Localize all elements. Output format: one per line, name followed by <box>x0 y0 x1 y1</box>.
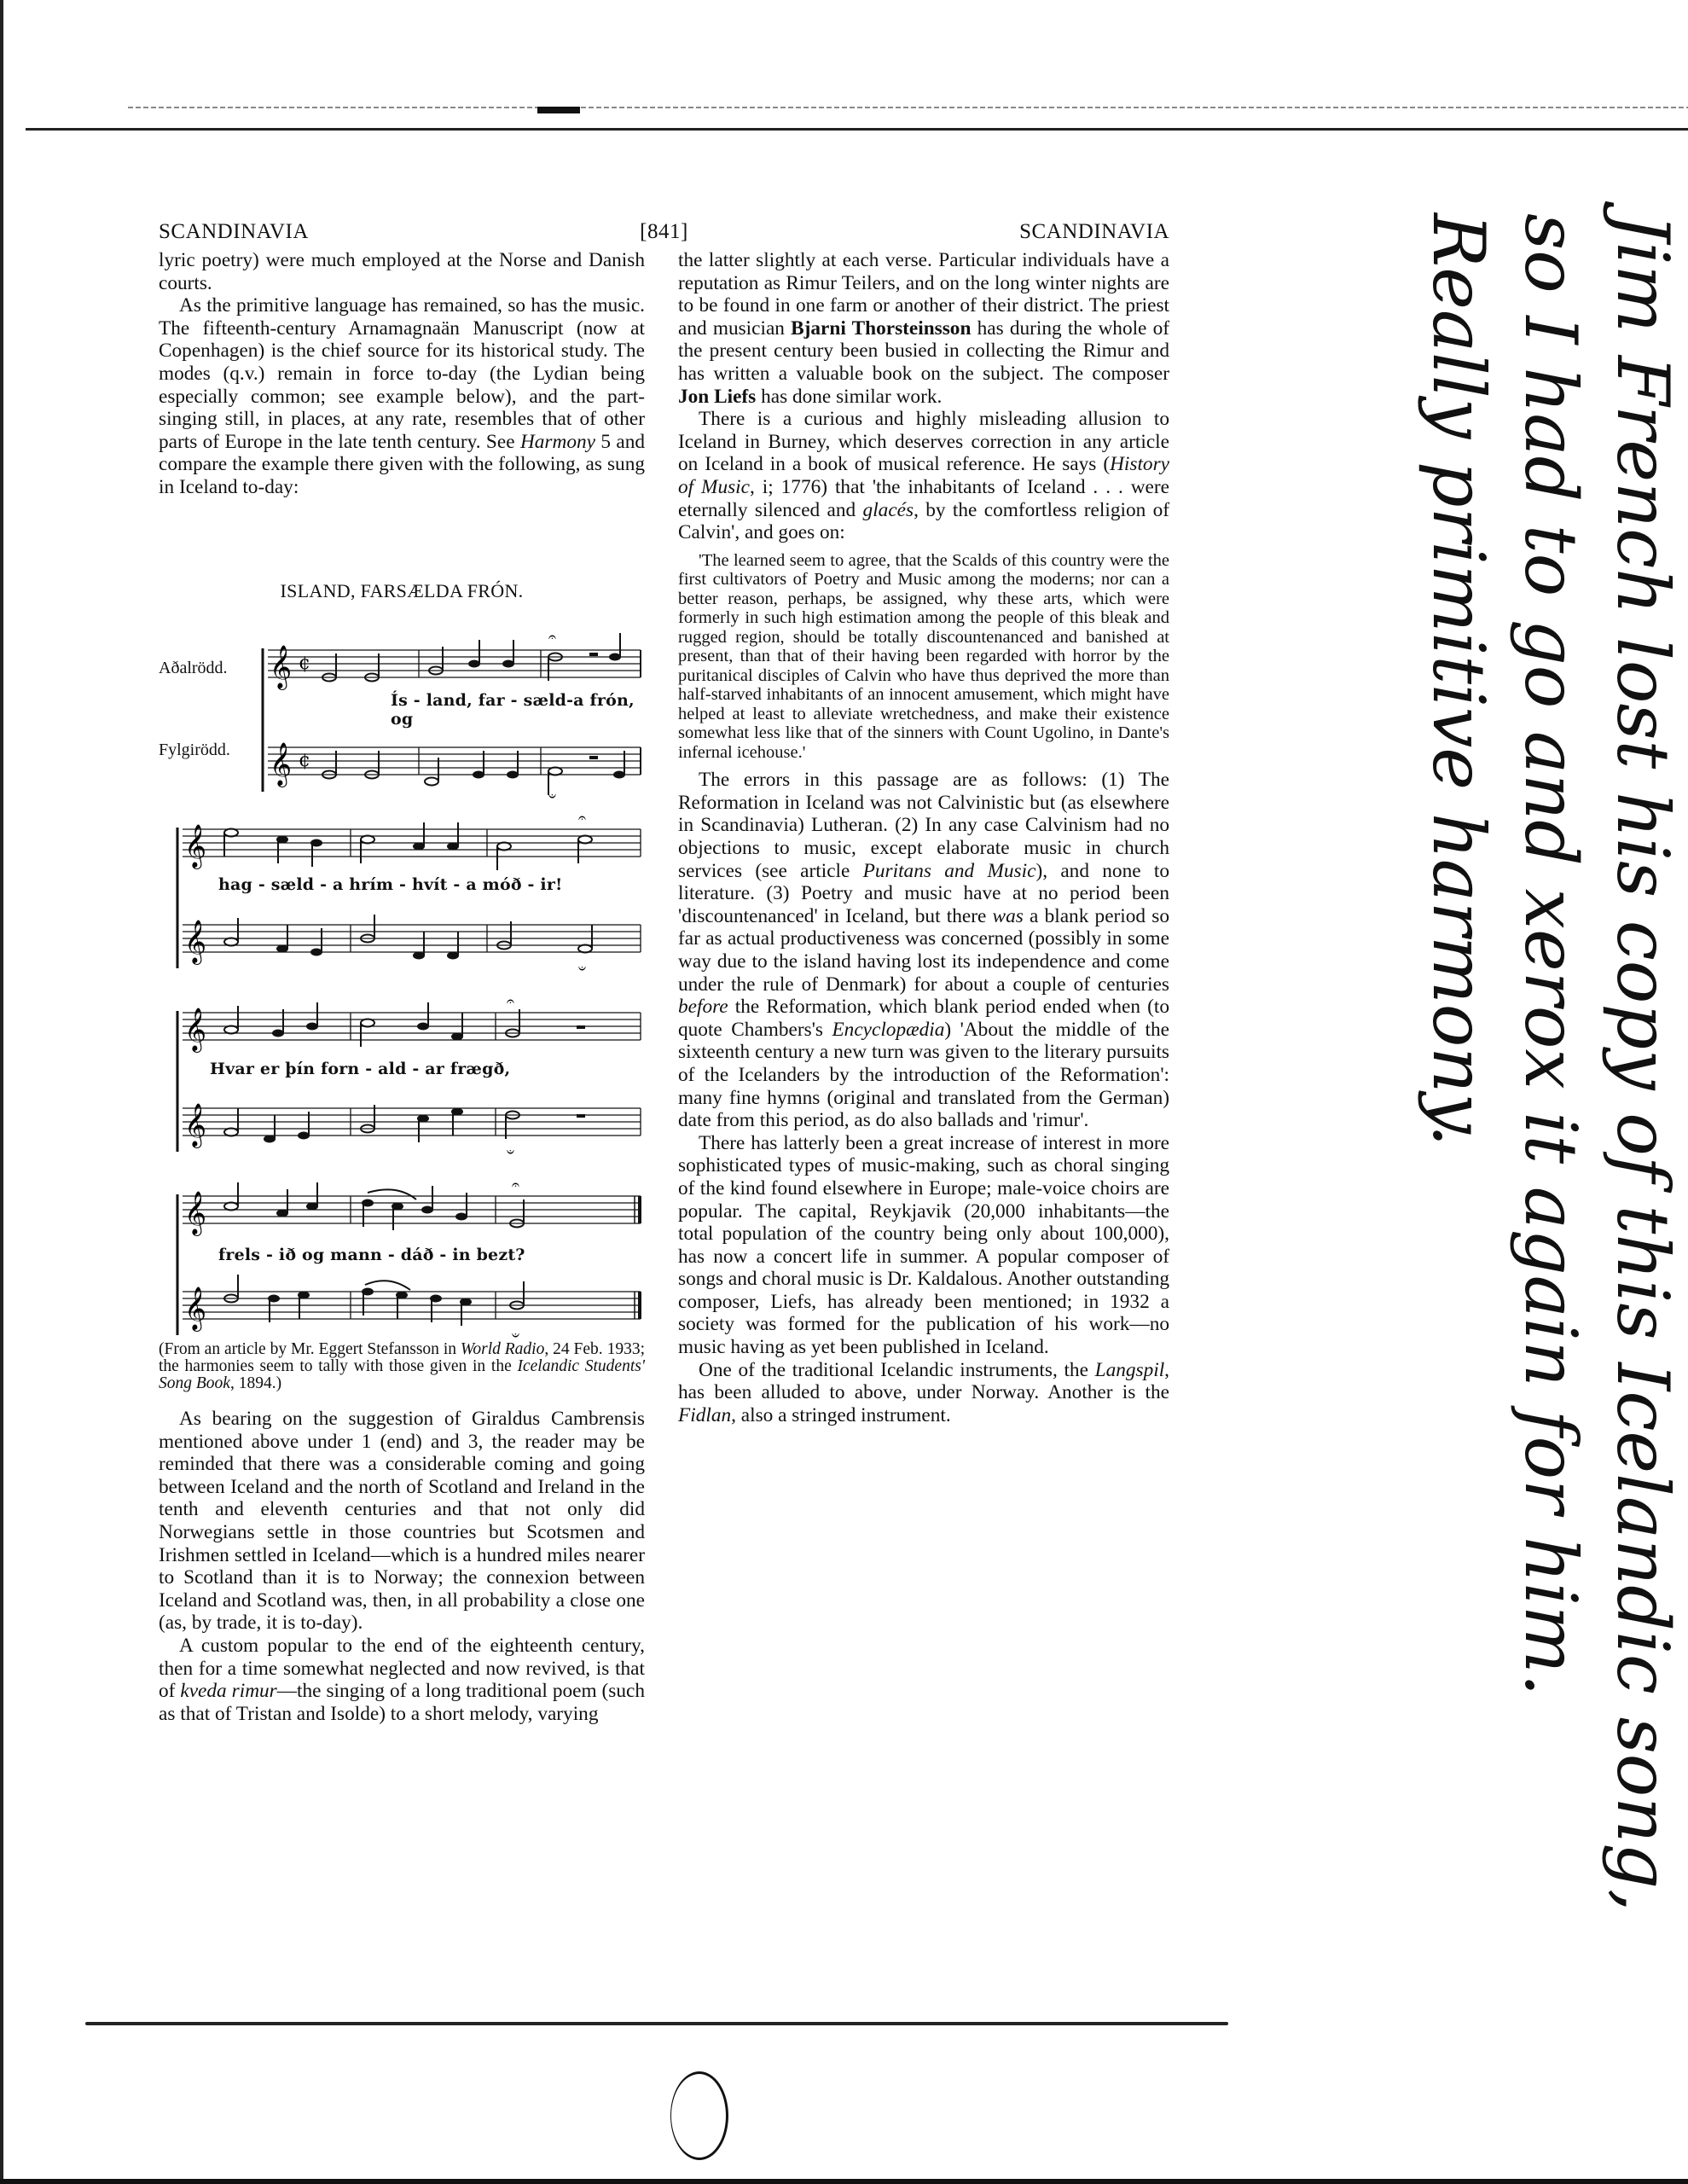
treble-clef-icon: 𝄞 <box>184 824 206 869</box>
treble-clef-icon: 𝄞 <box>270 645 292 690</box>
treble-clef-icon: 𝄞 <box>184 1287 206 1332</box>
left-column-lower: (From an article by Mr. Eggert Stefansso… <box>159 1341 645 1725</box>
page-number: [841] <box>159 220 1169 244</box>
left-column: lyric poetry) were much employed at the … <box>159 249 645 499</box>
scan-bottom-edge <box>0 2179 1688 2184</box>
book-title: Encyclopædia <box>832 1019 944 1041</box>
treble-clef-icon: 𝄞 <box>184 920 206 965</box>
cross-reference: Harmony <box>520 431 595 453</box>
text: lyric poetry) were much employed at the … <box>159 249 645 294</box>
music-system-3: 𝄞 𝄞 𝄐 𝄑 <box>176 994 645 1165</box>
svg-text:¢: ¢ <box>299 653 310 674</box>
handwritten-annotation: Jim French lost his copy of this Iceland… <box>1331 213 1688 1954</box>
paragraph: A custom popular to the end of the eight… <box>159 1635 645 1725</box>
voice-label-lower: Fylgirödd. <box>159 741 230 760</box>
scan-left-edge <box>0 0 3 2184</box>
music-title: ISLAND, FARSÆLDA FRÓN. <box>159 580 645 602</box>
instrument-name: Fidlan <box>678 1404 731 1426</box>
header-right-title: SCANDINAVIA <box>1019 220 1169 244</box>
music-system-2: 𝄞 𝄞 𝄐 𝄑 <box>176 810 645 981</box>
paragraph: There has latterly been a great increase… <box>678 1132 1169 1359</box>
fermata-icon: 𝄐 <box>512 1178 519 1193</box>
lyrics-line-2: hag - sæld - a hrím - hvít - a móð - ir! <box>218 875 563 894</box>
source-title: World Radio <box>461 1340 544 1358</box>
paragraph: There is a curious and highly misleading… <box>678 408 1169 544</box>
treble-clef-icon: 𝄞 <box>184 1008 206 1053</box>
ink-blot <box>537 107 580 113</box>
handwritten-line-3: Really primitive harmony. <box>1412 213 1505 1954</box>
scan-bottom-rule <box>85 2022 1228 2025</box>
fermata-icon: 𝄑 <box>548 789 556 804</box>
music-caption: (From an article by Mr. Eggert Stefansso… <box>159 1341 645 1392</box>
emphasis: was <box>993 905 1024 927</box>
handwritten-line-2: so I had to go and xerox it again for hi… <box>1505 213 1597 1954</box>
text: has done similar work. <box>756 386 942 408</box>
running-header: SCANDINAVIA [841] SCANDINAVIA <box>159 220 1169 249</box>
fermata-icon: 𝄐 <box>548 630 556 645</box>
punch-hole-mark <box>670 2071 728 2160</box>
paragraph: the latter slightly at each verse. Parti… <box>678 249 1169 408</box>
scan-top-rule-faint <box>128 107 1688 108</box>
fermata-icon: 𝄐 <box>578 811 586 826</box>
fermata-icon: 𝄑 <box>507 1145 514 1159</box>
paragraph: One of the traditional Icelandic instrum… <box>678 1359 1169 1427</box>
paragraph: lyric poetry) were much employed at the … <box>159 249 645 294</box>
treble-clef-icon: 𝄞 <box>184 1191 206 1236</box>
text: One of the traditional Icelandic instrum… <box>699 1359 1095 1381</box>
handwritten-line-1: Jim French lost his copy of this Iceland… <box>1597 213 1688 1954</box>
voice-label-upper: Aðalrödd. <box>159 659 228 678</box>
paragraph: As the primitive language has remained, … <box>159 294 645 498</box>
text: (From an article by Mr. Eggert Stefansso… <box>159 1340 461 1358</box>
treble-clef-icon: 𝄞 <box>270 742 292 787</box>
person-name: Bjarni Thorsteinsson <box>791 317 971 340</box>
svg-text:¢: ¢ <box>299 750 310 771</box>
paragraph: The errors in this passage are as follow… <box>678 769 1169 1132</box>
scan-top-rule <box>26 128 1688 131</box>
instrument-name: Langspil <box>1095 1359 1165 1381</box>
paragraph: As bearing on the suggestion of Giraldus… <box>159 1408 645 1635</box>
text: , also a stringed instrument. <box>731 1404 951 1426</box>
lyrics-line-3: Hvar er þín forn - ald - ar frægð, <box>210 1060 510 1078</box>
right-column: the latter slightly at each verse. Parti… <box>678 249 1169 1426</box>
treble-clef-icon: 𝄞 <box>184 1103 206 1148</box>
term: glacés <box>863 499 914 521</box>
fermata-icon: 𝄐 <box>507 995 514 1009</box>
cross-reference: Puritans and Music <box>863 860 1036 882</box>
lyrics-line-4: frels - ið og mann - dáð - in bezt? <box>218 1246 525 1264</box>
block-quote: 'The learned seem to agree, that the Sca… <box>678 551 1169 763</box>
text: , 1894.) <box>230 1374 281 1392</box>
lyrics-line-1: Ís - land, far - sæld-a frón, og <box>391 691 645 729</box>
text: As the primitive language has remained, … <box>159 294 645 453</box>
emphasis: before <box>678 996 728 1018</box>
music-example: ISLAND, FARSÆLDA FRÓN. Aðalrödd. Fylgirö… <box>159 580 645 1339</box>
term: kveda rimur <box>180 1680 276 1702</box>
text: There is a curious and highly misleading… <box>678 408 1169 475</box>
person-name: Jon Liefs <box>678 386 756 408</box>
fermata-icon: 𝄑 <box>578 961 586 976</box>
